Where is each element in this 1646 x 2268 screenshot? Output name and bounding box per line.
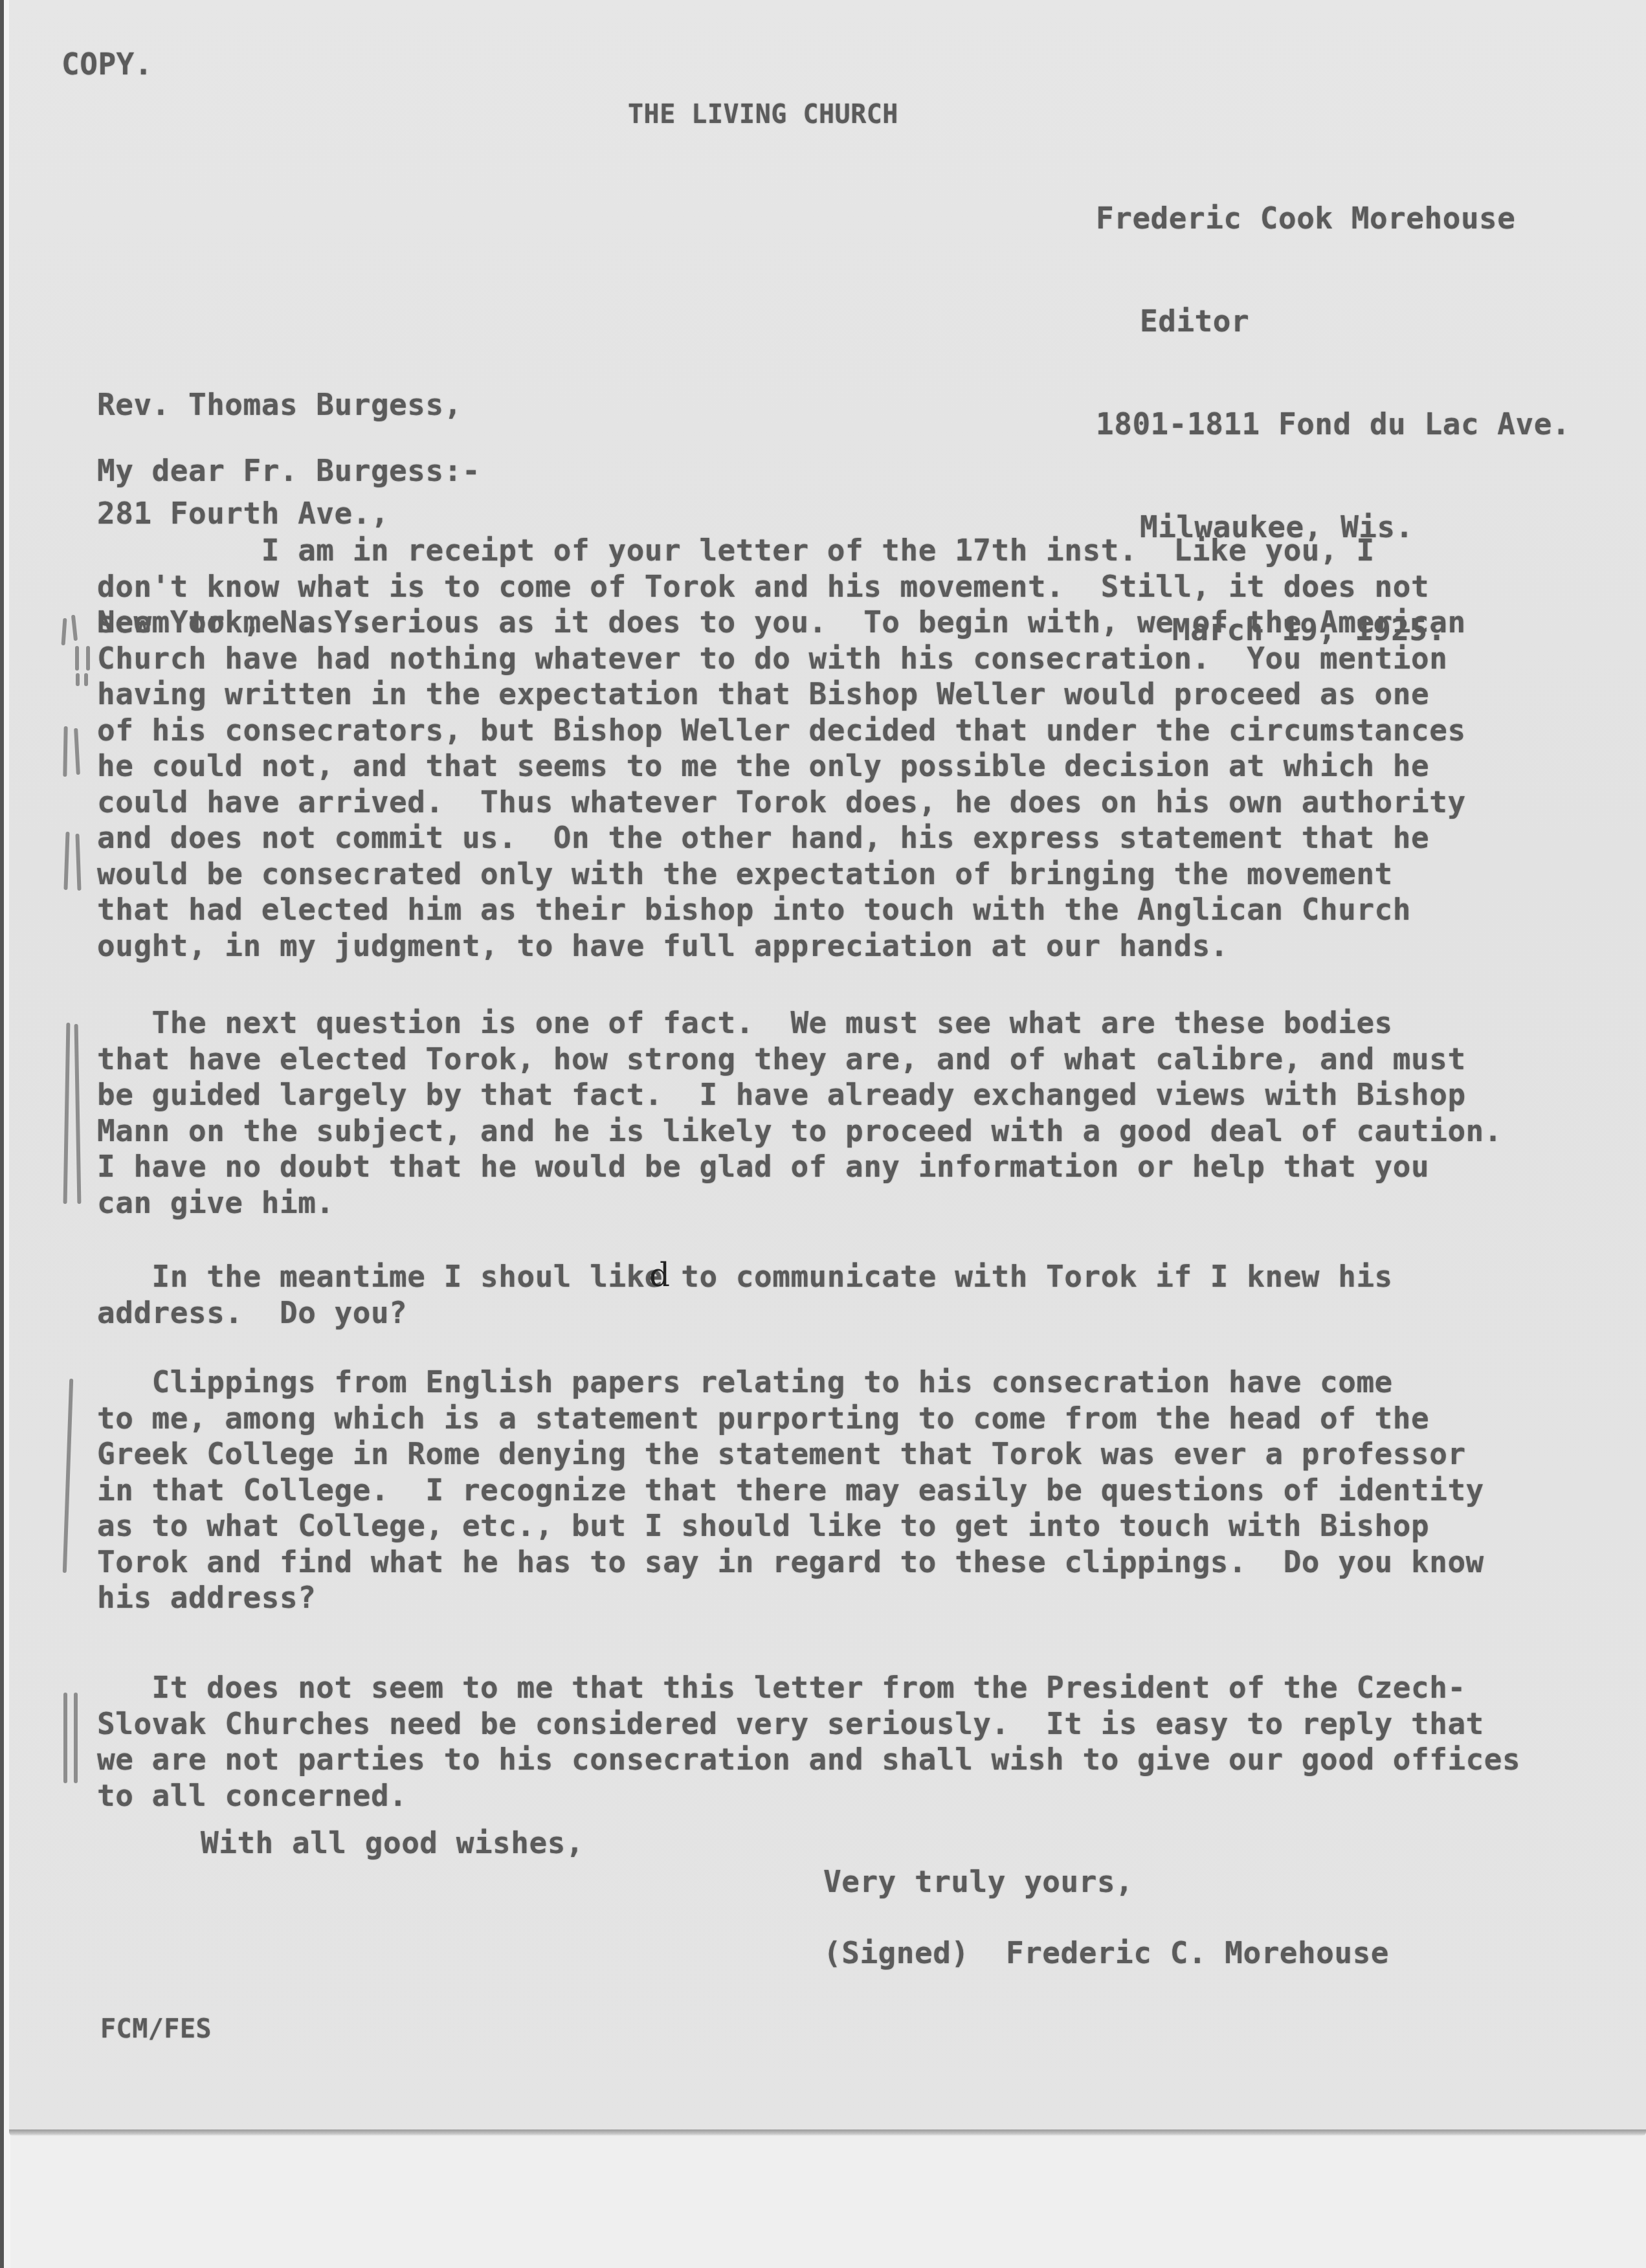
paragraph-2: The next question is one of fact. We mus… [97,1005,1599,1221]
closing: With all good wishes, [201,1825,584,1862]
valediction: Very truly yours, [823,1864,1133,1900]
text-line: Slovak Churches need be considered very … [97,1706,1599,1742]
text-line: that had elected him as their bishop int… [97,892,1599,928]
text-line: ought, in my judgment, to have full appr… [97,928,1599,964]
handwritten-correction: d [649,1256,670,1294]
paragraph-4: Clippings from English papers relating t… [97,1364,1599,1616]
text-line: Greek College in Rome denying the statem… [97,1436,1599,1473]
text-line: seem to me as serious as it does to you.… [97,605,1599,641]
text-line: and does not commit us. On the other han… [97,820,1599,856]
salutation: My dear Fr. Burgess:- [97,453,480,489]
letter-page-bottom-edge [9,2129,1646,2136]
text-line: having written in the expectation that B… [97,676,1599,713]
text-line: that have elected Torok, how strong they… [97,1041,1599,1078]
text-line: address. Do you? [97,1295,1599,1331]
text-line: can give him. [97,1185,1599,1221]
text-line: be guided largely by that fact. I have a… [97,1077,1599,1113]
margin-pencil-mark [74,1693,78,1783]
text-line: It does not seem to me that this letter … [97,1670,1599,1706]
text-line: Clippings from English papers relating t… [97,1364,1599,1401]
text-line: Torok and find what he has to say in reg… [97,1544,1599,1581]
text-line: Mann on the subject, and he is likely to… [97,1113,1599,1150]
typist-initials: FCM/FES [100,2012,212,2048]
text-line: to me, among which is a statement purpor… [97,1401,1599,1437]
copy-mark: COPY. [61,47,153,83]
text-line: In the meantime I shoul like to communic… [97,1259,1599,1295]
margin-pencil-mark [86,646,90,671]
sender-street: 1801-1811 Fond du Lac Ave. [1096,407,1570,441]
text-line: in that College. I recognize that there … [97,1473,1599,1509]
sender-name: Frederic Cook Morehouse [1096,201,1570,236]
paragraph-5: It does not seem to me that this letter … [97,1670,1599,1814]
text-line: he could not, and that seems to me the o… [97,748,1599,784]
margin-pencil-mark [75,646,79,671]
text-line: Church have had nothing whatever to do w… [97,641,1599,677]
text-line: I have no doubt that he would be glad of… [97,1149,1599,1185]
margin-pencil-mark [76,673,80,686]
text-line: to all concerned. [97,1778,1599,1814]
sender-role: Editor [1096,304,1570,339]
text-line: would be consecrated only with the expec… [97,856,1599,893]
recipient-name: Rev. Thomas Burgess, [97,386,462,423]
margin-pencil-mark [63,1693,67,1783]
text-line: The next question is one of fact. We mus… [97,1005,1599,1041]
text-line: we are not parties to his consecration a… [97,1742,1599,1778]
text-line: as to what College, etc., but I should l… [97,1508,1599,1544]
text-line: of his consecrators, but Bishop Weller d… [97,713,1599,749]
text-line: could have arrived. Thus whatever Torok … [97,784,1599,821]
paragraph-3: In the meantime I shoul like to communic… [97,1259,1599,1331]
recipient-street: 281 Fourth Ave., [97,495,462,531]
text-line: I am in receipt of your letter of the 17… [97,533,1599,569]
signature: (Signed) Frederic C. Morehouse [823,1935,1389,1972]
margin-pencil-mark [84,673,88,686]
text-line: his address? [97,1580,1599,1616]
text-line: don't know what is to come of Torok and … [97,569,1599,605]
paragraph-1: I am in receipt of your letter of the 17… [97,533,1599,964]
letterhead-title: THE LIVING CHURCH [628,97,898,133]
